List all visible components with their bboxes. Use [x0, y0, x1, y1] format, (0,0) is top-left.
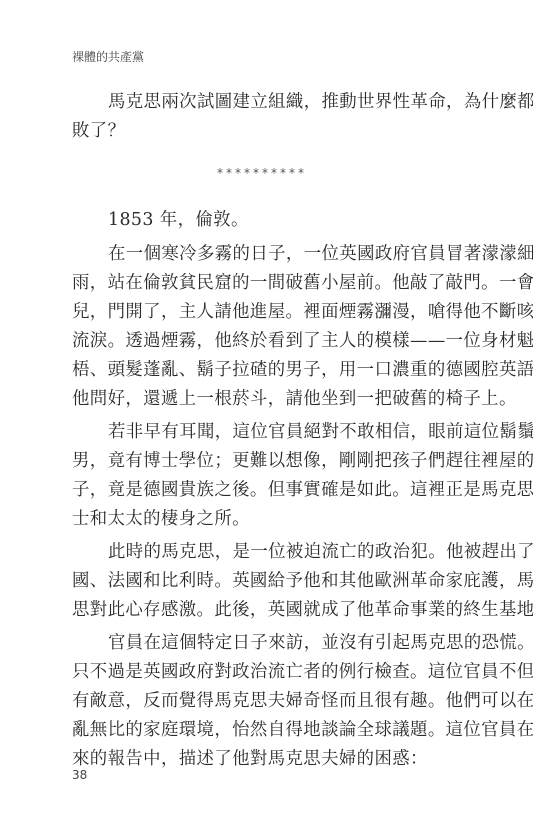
paragraph-line: 來的報告中，描述了他對馬克思夫婦的困惑：	[72, 749, 428, 769]
paragraph-line: 雨，站在倫敦貧民窟的一間破舊小屋前。他敲了敲門。一會	[72, 273, 533, 293]
paragraph-line: 他問好，還遞上一根菸斗，請他坐到一把破舊的椅子上。	[72, 389, 517, 409]
paragraph-line: 子，竟是德國貴族之後。但事實確是如此。這裡正是馬克思博	[72, 480, 533, 500]
paragraph-line: 士和太太的棲身之所。	[72, 509, 250, 529]
running-head-title: 裸體的共產黨	[72, 48, 144, 65]
paragraph-line: 只不過是英國政府對政治流亡者的例行檢查。這位官員不但沒	[72, 662, 533, 682]
intro-question-line: 馬克思兩次試圖建立組織，推動世界性革命，為什麼都失	[72, 92, 533, 112]
paragraph-line: 此時的馬克思，是一位被迫流亡的政治犯。他被趕出了德	[72, 542, 533, 562]
section-separator: **********	[72, 166, 452, 180]
paragraph-line: 在一個寒冷多霧的日子，一位英國政府官員冒著濛濛細	[72, 244, 533, 264]
paragraph-line: 思對此心存感激。此後，英國就成了他革命事業的終生基地。	[72, 600, 533, 620]
paragraph-line: 若非早有耳聞，這位官員絕對不敢相信，眼前這位鬍鬚	[72, 422, 533, 442]
paragraph-line: 流淚。透過煙霧，他終於看到了主人的模樣——一位身材魁	[72, 331, 533, 351]
paragraph-line: 亂無比的家庭環境，怡然自得地談論全球議題。這位官員在後	[72, 720, 533, 740]
paragraph-line: 1853 年，倫敦。	[72, 210, 249, 230]
paragraph-line: 梧、頭髮蓬亂、鬍子拉碴的男子，用一口濃重的德國腔英語向	[72, 360, 533, 380]
paragraph-line: 男，竟有博士學位；更難以想像，剛剛把孩子們趕往裡屋的妻	[72, 451, 533, 471]
paragraph-line: 有敵意，反而覺得馬克思夫婦奇怪而且很有趣。他們可以在雜	[72, 691, 533, 711]
paragraph-line: 官員在這個特定日子來訪，並沒有引起馬克思的恐慌。這	[72, 633, 533, 653]
paragraph-line: 國、法國和比利時。英國給予他和其他歐洲革命家庇護，馬克	[72, 571, 533, 591]
paragraph-line: 兒，門開了，主人請他進屋。裡面煙霧瀰漫，嗆得他不斷咳嗽	[72, 302, 533, 322]
page-number: 38	[72, 768, 87, 782]
intro-question-line: 敗了？	[72, 121, 125, 141]
